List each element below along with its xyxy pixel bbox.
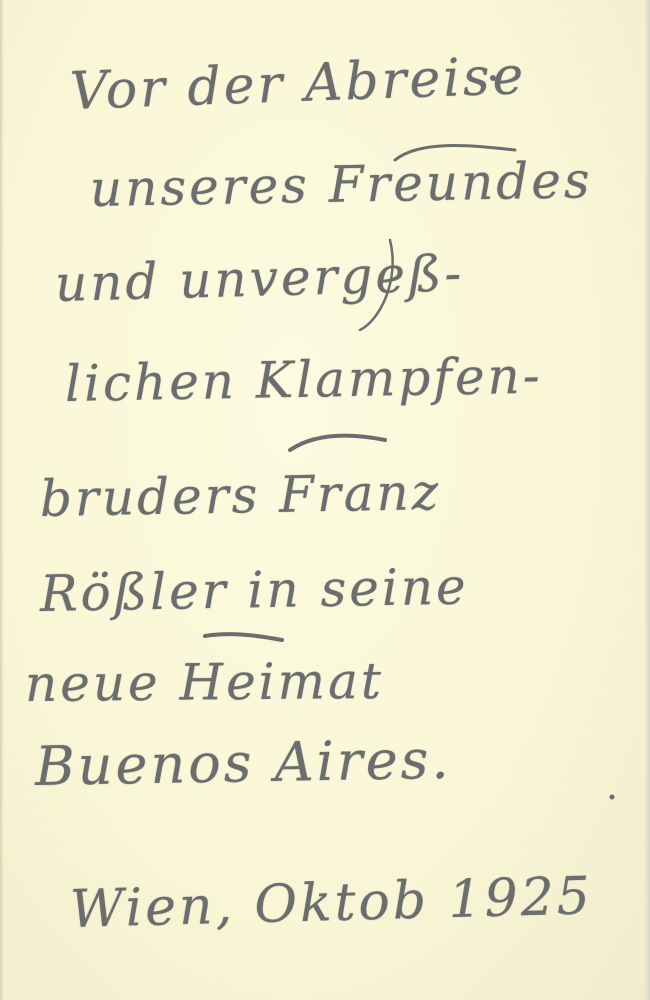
handwritten-line-1: Vor der Abreise (69, 46, 527, 122)
handwritten-line-3: und unvergeß- (54, 244, 465, 313)
paper-edge-left (0, 0, 4, 1000)
paper-edge-right (644, 0, 650, 1000)
handwritten-line-2: unseres Freundes (89, 151, 592, 218)
handwritten-line-8: Buenos Aires. (34, 728, 452, 798)
place-date-signature-line: Wien, Oktob 1925 (69, 866, 593, 940)
handwritten-card: Vor der Abreise unseres Freundes und unv… (0, 0, 650, 1000)
handwritten-line-4: lichen Klampfen- (64, 347, 543, 413)
handwritten-line-7: neue Heimat (25, 652, 384, 713)
handwritten-line-5: bruders Franz (39, 463, 441, 528)
handwritten-line-6: Rößler in seine (39, 558, 469, 623)
